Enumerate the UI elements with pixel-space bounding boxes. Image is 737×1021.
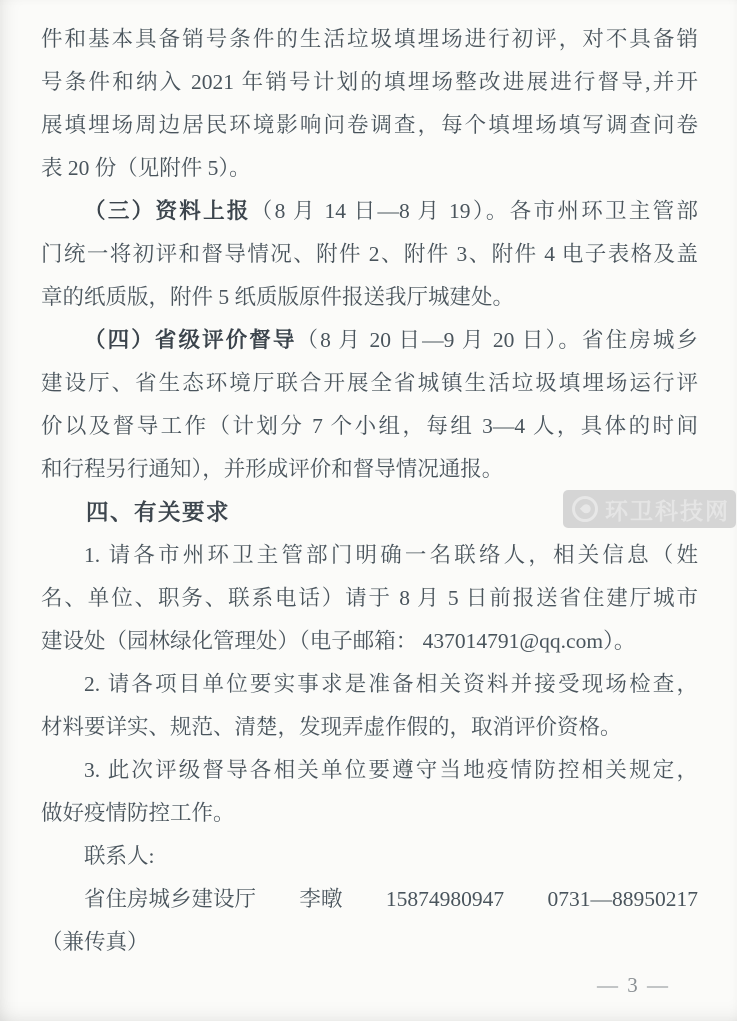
section-4-dates: （8 月 20 日—9 月 20 日）。省住房城乡 — [297, 328, 698, 352]
section-4-line-3: 价以及督导工作（计划分 7 个小组，每组 3—4 人，具体的时间 — [41, 405, 698, 448]
item-2-line-2: 材料要详实、规范、清楚，发现弄虚作假的，取消评价资格。 — [41, 706, 698, 749]
section-4-line-2: 建设厅、省生态环境厅联合开展全省城镇生活垃圾填埋场运行评 — [41, 362, 698, 405]
section-3-title: （三）资料上报 — [84, 199, 251, 223]
opening-line-1: 件和基本具备销号条件的生活垃圾填埋场进行初评，对不具备销 — [41, 18, 698, 61]
section-4-line-4: 和行程另行通知），并形成评价和督导情况通报。 — [41, 448, 698, 491]
item-1-line-1: 1. 请各市州环卫主管部门明确一名联络人，相关信息（姓 — [41, 534, 698, 577]
contact-org: 省住房城乡建设厅 — [84, 878, 256, 921]
opening-line-4: 表 20 份（见附件 5）。 — [41, 147, 698, 190]
contact-phone: 15874980947 — [386, 878, 504, 921]
item-3-line-1: 3. 此次评级督导各相关单位要遵守当地疫情防控相关规定， — [41, 749, 698, 792]
contact-detail-line: 省住房城乡建设厅李暾158749809470731—88950217 — [41, 878, 698, 921]
section-4-title: （四）省级评价督导 — [84, 328, 297, 352]
page-footer: — 3 — — [41, 964, 698, 1007]
contact-label: 联系人: — [41, 835, 698, 878]
section-3-heading-line: （三）资料上报（8 月 14 日—8 月 19）。各市州环卫主管部 — [41, 190, 698, 233]
water-drop-logo-icon — [572, 496, 598, 522]
scanned-document-page: 件和基本具备销号条件的生活垃圾填埋场进行初评，对不具备销 号条件和纳入 2021… — [0, 0, 737, 1021]
watermark: 环卫科技网 — [563, 490, 736, 528]
contact-name: 李暾 — [299, 878, 342, 921]
item-3-line-2: 做好疫情防控工作。 — [41, 792, 698, 835]
item-2-line-1: 2. 请各项目单位要实事求是准备相关资料并接受现场检查， — [41, 663, 698, 706]
opening-line-2: 号条件和纳入 2021 年销号计划的填埋场整改进展进行督导,并开 — [41, 61, 698, 104]
item-1-line-2: 名、单位、职务、联系电话）请于 8 月 5 日前报送省住建厅城市 — [41, 577, 698, 620]
section-3-dates: （8 月 14 日—8 月 19）。各市州环卫主管部 — [251, 199, 698, 223]
section-3-line-2: 门统一将初评和督导情况、附件 2、附件 3、附件 4 电子表格及盖 — [41, 233, 698, 276]
drop-icon — [579, 502, 592, 515]
watermark-text: 环卫科技网 — [605, 493, 730, 526]
section-3-line-3: 章的纸质版，附件 5 纸质版原件报送我厅城建处。 — [41, 276, 698, 319]
section-4-heading-line: （四）省级评价督导（8 月 20 日—9 月 20 日）。省住房城乡 — [41, 319, 698, 362]
contact-fax-phone: 0731—88950217 — [548, 878, 699, 921]
item-1-line-3: 建设处（园林绿化管理处）（电子邮箱： 437014791@qq.com）。 — [41, 620, 698, 663]
page-number: — 3 — — [597, 973, 670, 997]
contact-fax-note: （兼传真） — [41, 921, 698, 964]
opening-line-3: 展填埋场周边居民环境影响问卷调查，每个填埋场填写调查问卷 — [41, 104, 698, 147]
